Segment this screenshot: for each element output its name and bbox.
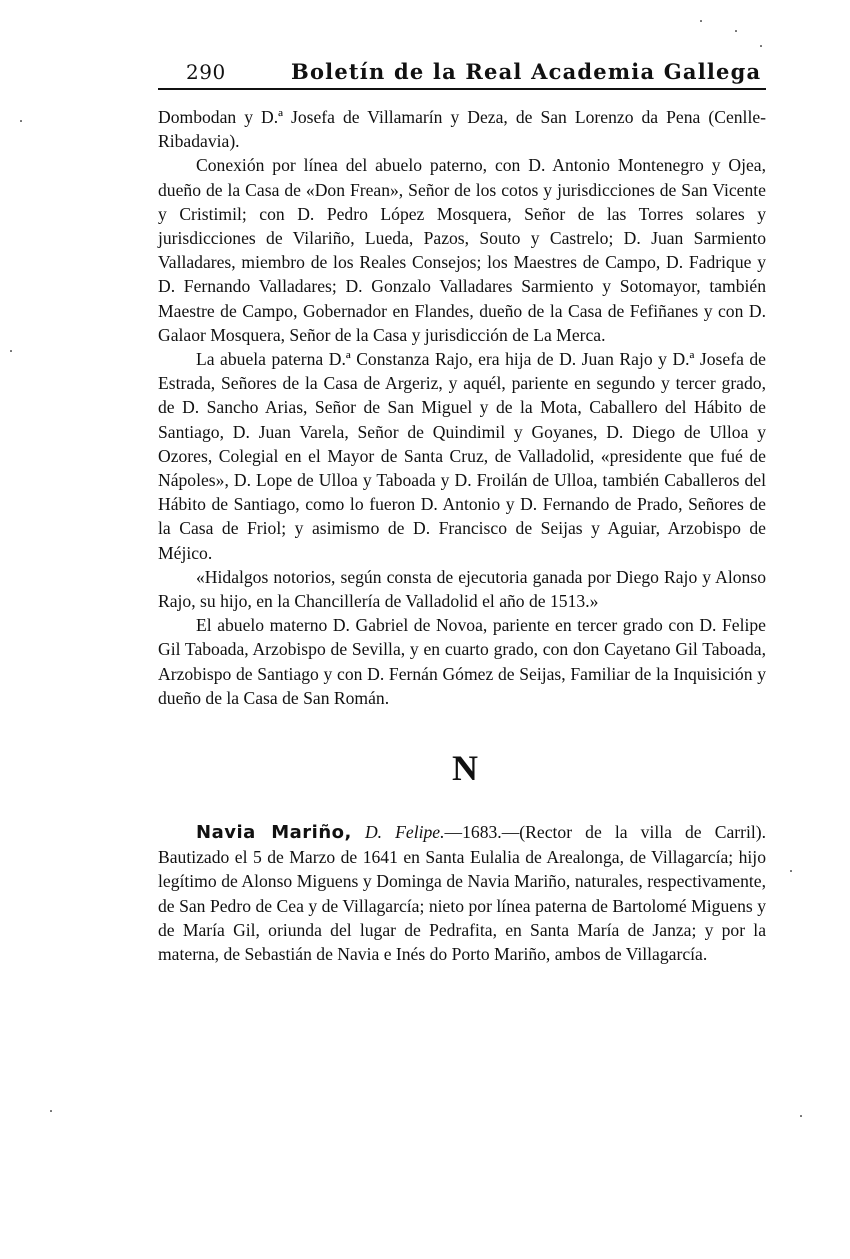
journal-title: Boletín de la Real Academia Gallega <box>291 59 761 84</box>
entry-year: —1683.— <box>445 822 520 842</box>
section-letter-heading: N <box>158 748 766 788</box>
scan-speck <box>10 350 12 352</box>
entry-body: (Rector de la villa de Carril). Bautizad… <box>158 822 766 964</box>
scan-speck <box>735 30 737 32</box>
paragraph-maternal-grandfather: El abuelo materno D. Gabriel de Novoa, p… <box>158 613 766 710</box>
scan-speck <box>700 20 702 22</box>
paragraph-paternal-grandfather: Conexión por línea del abuelo paterno, c… <box>158 153 766 347</box>
entry-surname: Navia Mariño, <box>196 822 352 843</box>
page-number: 290 <box>186 60 226 84</box>
entry-given-name: D. Felipe. <box>365 822 445 842</box>
paragraph-paternal-grandmother: La abuela paterna D.ª Constanza Rajo, er… <box>158 347 766 565</box>
paragraph-hidalgos-quote: «Hidalgos notorios, según consta de ejec… <box>158 565 766 613</box>
running-header: 290 Boletín de la Real Academia Gallega <box>158 58 766 90</box>
entry-navia-marino: Navia Mariño, D. Felipe.—1683.—(Rector d… <box>158 820 766 966</box>
body-text: Dombodan y D.ª Josefa de Villamarín y De… <box>158 105 766 966</box>
document-page: 290 Boletín de la Real Academia Gallega … <box>158 58 766 966</box>
scan-speck <box>20 120 22 122</box>
scan-speck <box>760 45 762 47</box>
scan-speck <box>800 1115 802 1117</box>
paragraph-continuation: Dombodan y D.ª Josefa de Villamarín y De… <box>158 105 766 153</box>
scan-speck <box>790 870 792 872</box>
scan-speck <box>50 1110 52 1112</box>
